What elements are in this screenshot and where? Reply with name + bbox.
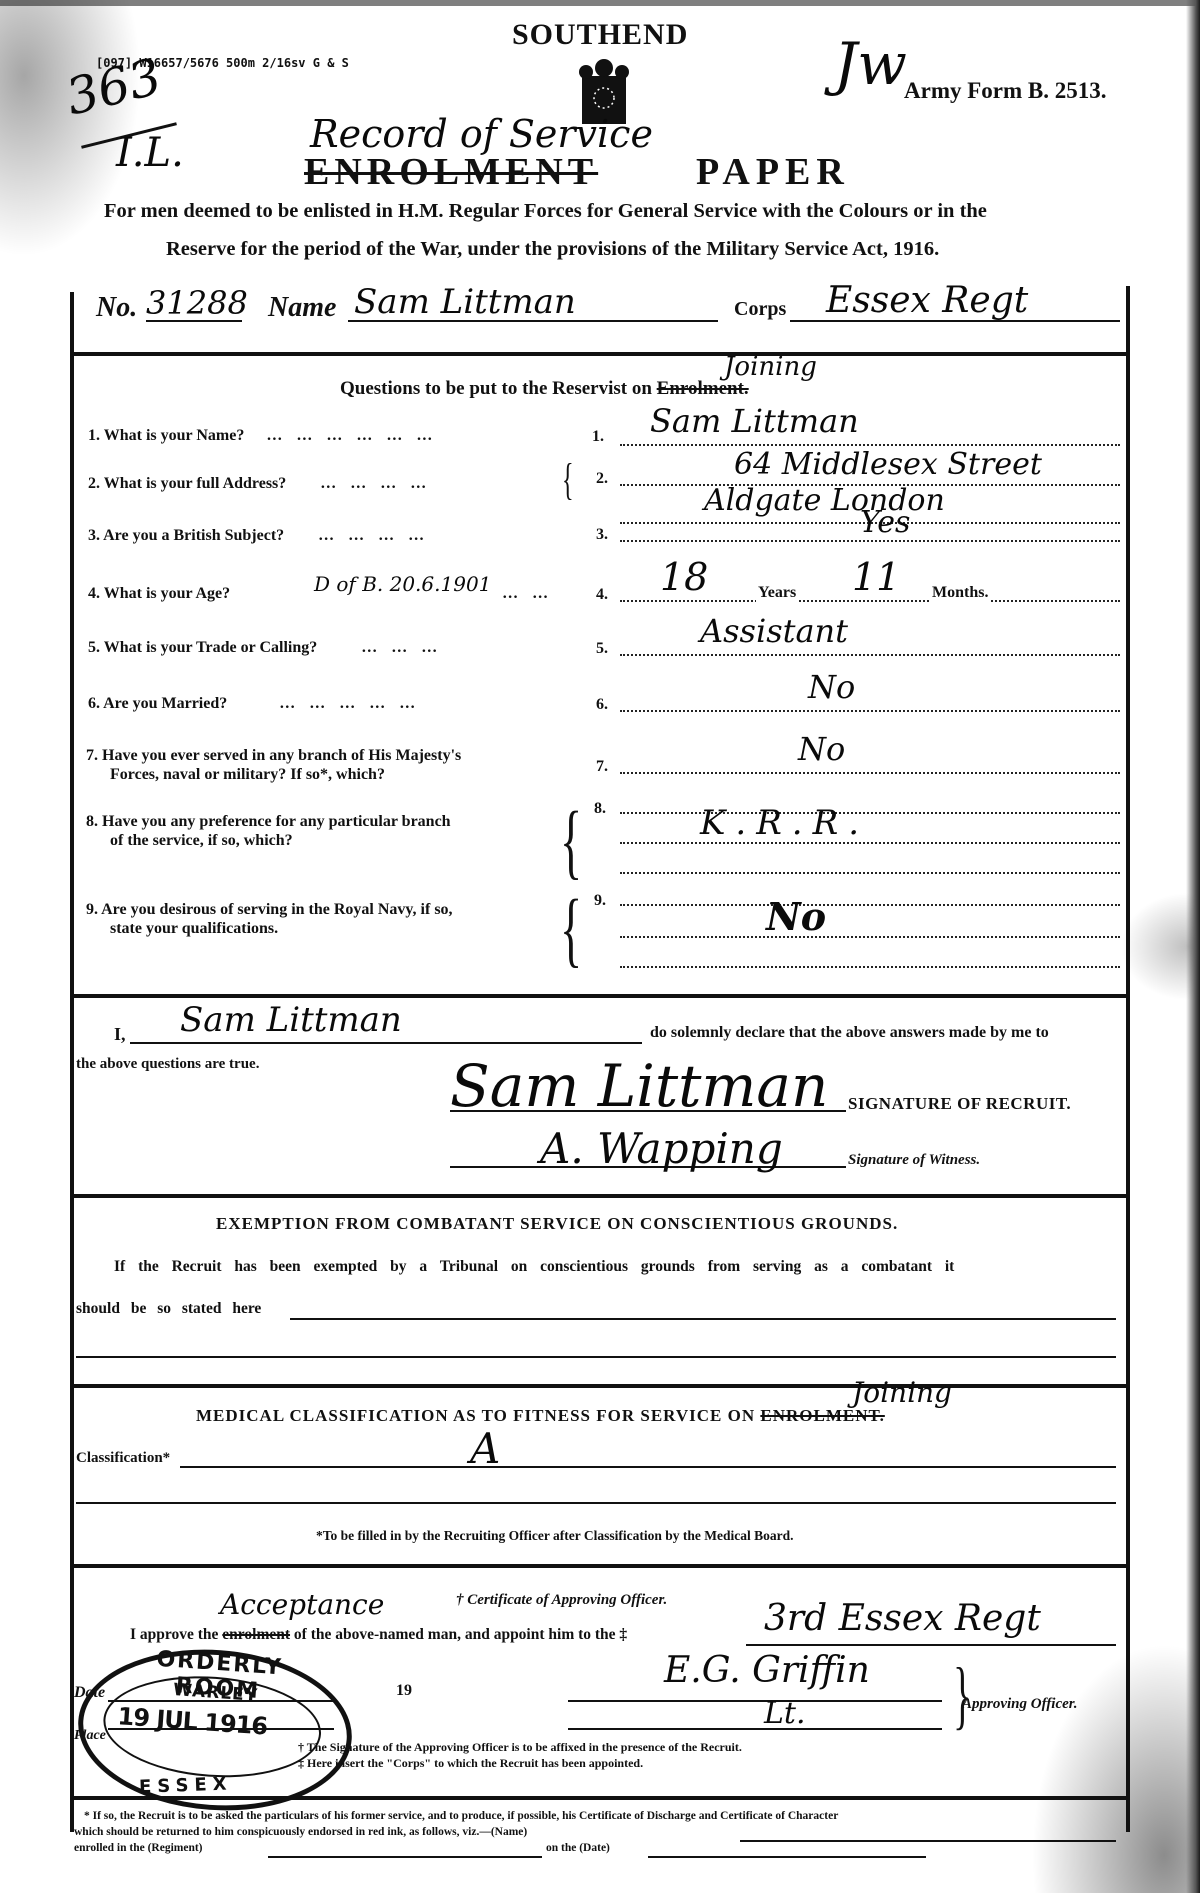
answer-9-royal-navy[interactable]: No bbox=[766, 900, 826, 934]
years-label: Years bbox=[756, 584, 798, 602]
answer-number-1: 1. bbox=[592, 428, 604, 446]
question-2: 2. What is your full Address? ………… bbox=[88, 474, 440, 493]
certificate-heading: † Certificate of Approving Officer. bbox=[456, 1592, 667, 1609]
officer-rank: Lt. bbox=[764, 1696, 806, 1731]
number-label: No. bbox=[96, 292, 137, 324]
question-3: 3. Are you a British Subject? ………… bbox=[88, 526, 438, 545]
question-5: 5. What is your Trade or Calling? ……… bbox=[88, 638, 451, 657]
section-divider-approval bbox=[70, 1796, 1130, 1800]
section-divider-questions bbox=[70, 994, 1130, 998]
approval-note-dagger: † The Signature of the Approving Officer… bbox=[298, 1740, 742, 1755]
medical-footnote: *To be filled in by the Recruiting Offic… bbox=[316, 1528, 793, 1544]
question-7: 7. Have you ever served in any branch of… bbox=[86, 746, 461, 784]
witness-signature-label: Signature of Witness. bbox=[848, 1152, 980, 1169]
footnote-line3-prefix: enrolled in the (Regiment) bbox=[74, 1842, 203, 1854]
approval-note-double-dagger: ‡ Here insert the "Corps" to which the R… bbox=[298, 1756, 643, 1771]
answer-line-6 bbox=[620, 710, 1120, 712]
name-line bbox=[348, 320, 718, 322]
initials-annotation: Jw bbox=[834, 30, 907, 98]
question-8: 8. Have you any preference for any parti… bbox=[86, 812, 451, 850]
answer-line-4 bbox=[620, 600, 1120, 602]
subtitle-line-1: For men deemed to be enlisted in H.M. Re… bbox=[104, 200, 987, 223]
brace-q8: { bbox=[560, 800, 582, 884]
subtitle-line-2: Reserve for the period of the War, under… bbox=[166, 238, 939, 261]
declaration-name-line bbox=[130, 1042, 642, 1044]
classification-line-2[interactable] bbox=[76, 1502, 1116, 1504]
medical-heading-correction: Joining bbox=[852, 1376, 952, 1409]
answer-line-9c bbox=[620, 966, 1120, 968]
footnote-line1: * If so, the Recruit is to be asked the … bbox=[84, 1810, 838, 1822]
answer-number-3: 3. bbox=[596, 526, 608, 544]
brace-q2: { bbox=[562, 458, 574, 502]
answer-number-2: 2. bbox=[596, 470, 608, 488]
answer-line-8c bbox=[620, 872, 1120, 874]
recruit-signature[interactable]: Sam Littman bbox=[450, 1052, 828, 1120]
exemption-text-line1: If the Recruit has been exempted by a Tr… bbox=[114, 1258, 954, 1276]
recruit-signature-label: SIGNATURE OF RECRUIT. bbox=[848, 1094, 1071, 1114]
medical-heading: MEDICAL CLASSIFICATION AS TO FITNESS FOR… bbox=[196, 1406, 885, 1426]
title-struck-word: ENROLMENT bbox=[304, 150, 598, 194]
answer-line-9a bbox=[620, 904, 1120, 906]
question-9: 9. Are you desirous of serving in the Ro… bbox=[86, 900, 453, 938]
answer-number-5: 5. bbox=[596, 640, 608, 658]
answer-line-8a bbox=[620, 812, 1120, 814]
service-number-value[interactable]: 31288 bbox=[146, 284, 248, 322]
scan-edge-top bbox=[0, 0, 1200, 6]
name-value[interactable]: Sam Littman bbox=[354, 282, 576, 322]
approval-handwritten-correction: Acceptance bbox=[220, 1588, 384, 1621]
question-6: 6. Are you Married? …………… bbox=[88, 694, 429, 713]
title-word: PAPER bbox=[696, 150, 850, 194]
months-label: Months. bbox=[930, 584, 990, 602]
section-divider-declaration bbox=[70, 1194, 1130, 1198]
answer-line-1 bbox=[620, 444, 1120, 446]
exemption-input-line[interactable] bbox=[290, 1318, 1116, 1320]
answer-line-5 bbox=[620, 654, 1120, 656]
officer-signature-line-1 bbox=[568, 1700, 942, 1702]
stamp-bottom-text: ESSEX bbox=[139, 1773, 233, 1797]
brace-q9: { bbox=[560, 888, 582, 972]
declaration-text-line2: the above questions are true. bbox=[76, 1056, 259, 1073]
question-1: 1. What is your Name? ……………… bbox=[88, 426, 446, 445]
answer-line-3 bbox=[620, 540, 1120, 542]
corps-label: Corps bbox=[734, 298, 786, 321]
answer-7-prior-service[interactable]: No bbox=[798, 732, 845, 766]
section-divider-medical bbox=[70, 1564, 1130, 1568]
exemption-input-line-2[interactable] bbox=[76, 1356, 1116, 1358]
footnote-line2: which should be returned to him conspicu… bbox=[74, 1826, 527, 1838]
answer-4-months[interactable]: 11 bbox=[852, 560, 900, 594]
questions-heading: Questions to be put to the Reservist on … bbox=[340, 378, 749, 400]
date-of-birth-note: D of B. 20.6.1901 bbox=[314, 572, 491, 596]
exemption-heading: EXEMPTION FROM COMBATANT SERVICE ON CONS… bbox=[216, 1214, 898, 1234]
answer-number-7: 7. bbox=[596, 758, 608, 776]
form-number: Army Form B. 2513. bbox=[904, 78, 1107, 104]
appointed-corps-value[interactable]: 3rd Essex Regt bbox=[764, 1598, 1041, 1639]
witness-signature[interactable]: A. Wapping bbox=[540, 1124, 783, 1173]
exemption-text-line2: should be so stated here bbox=[76, 1300, 261, 1318]
office-name: SOUTHEND bbox=[512, 18, 688, 52]
reference-annotation-top: 363 bbox=[60, 47, 167, 126]
classification-label: Classification* bbox=[76, 1450, 170, 1467]
answer-1-name[interactable]: Sam Littman bbox=[650, 404, 859, 438]
frame-right-border bbox=[1126, 286, 1130, 1832]
footnote-line3-middle: on the (Date) bbox=[546, 1842, 610, 1854]
answer-5-trade[interactable]: Assistant bbox=[700, 614, 848, 648]
name-label: Name bbox=[268, 292, 336, 324]
officer-signature-line-2 bbox=[568, 1728, 942, 1730]
corps-line bbox=[790, 320, 1120, 322]
answer-6-married[interactable]: No bbox=[808, 670, 855, 704]
answer-number-9: 9. bbox=[594, 892, 606, 910]
approving-officer-label: Approving Officer. bbox=[962, 1696, 1078, 1713]
enrolment-paper-document: [097] W16657/5676 500m 2/16sv G & S SOUT… bbox=[0, 0, 1200, 1893]
footnote-date-line[interactable] bbox=[648, 1856, 926, 1858]
declaration-prefix: I, bbox=[114, 1024, 126, 1045]
approval-text: I approve the enrolment of the above-nam… bbox=[130, 1626, 627, 1644]
footnote-name-line[interactable] bbox=[740, 1840, 1116, 1842]
answer-4-years[interactable]: 18 bbox=[660, 560, 708, 594]
corps-value[interactable]: Essex Regt bbox=[826, 280, 1028, 321]
service-number-line bbox=[146, 320, 242, 322]
answer-3-british-subject[interactable]: Yes bbox=[860, 506, 910, 540]
scan-edge-right bbox=[1186, 0, 1200, 1893]
appointed-corps-line bbox=[746, 1644, 1116, 1646]
declaration-name-value[interactable]: Sam Littman bbox=[180, 1000, 402, 1040]
classification-line bbox=[180, 1466, 1116, 1468]
frame-left-border bbox=[70, 292, 74, 1832]
answer-line-8b bbox=[620, 842, 1120, 844]
officer-signature[interactable]: E.G. Griffin bbox=[664, 1650, 870, 1691]
section-divider-exemption bbox=[70, 1384, 1130, 1388]
declaration-text-line1: do solemnly declare that the above answe… bbox=[650, 1024, 1049, 1042]
answer-line-7 bbox=[620, 772, 1120, 774]
answer-number-6: 6. bbox=[596, 696, 608, 714]
orderly-room-stamp: ORDERLY ROOM WARLEY 19 JUL 1916 ESSEX bbox=[73, 1641, 357, 1820]
footnote-regiment-line[interactable] bbox=[268, 1856, 542, 1858]
answer-8-branch-preference[interactable]: K.R.R. bbox=[700, 806, 869, 840]
answer-number-4: 4. bbox=[596, 586, 608, 604]
year-prefix: 19 bbox=[396, 1682, 412, 1700]
section-divider-identity bbox=[70, 352, 1130, 356]
questions-heading-correction: Joining bbox=[724, 352, 817, 382]
reference-annotation-bottom: I.L. bbox=[116, 130, 184, 176]
answer-number-8: 8. bbox=[594, 800, 606, 818]
classification-value[interactable]: A bbox=[470, 1424, 500, 1473]
answer-line-9b bbox=[620, 936, 1120, 938]
answer-2-address-line1[interactable]: 64 Middlesex Street bbox=[734, 448, 1042, 482]
